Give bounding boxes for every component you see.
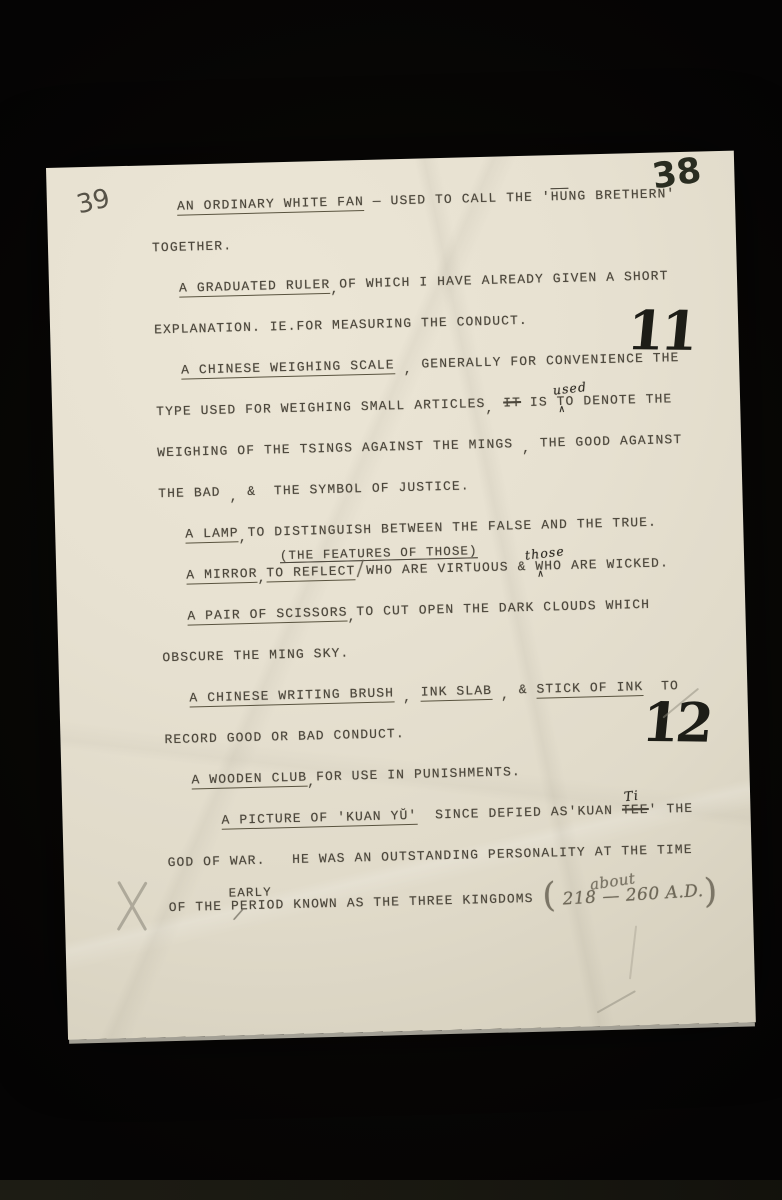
text-segment: THE GOOD AGAINST bbox=[531, 432, 683, 451]
text-segment: — USED TO CALL THE ' bbox=[364, 189, 551, 209]
typescript-block: AN ORDINARY WHITE FAN — USED TO CALL THE… bbox=[151, 185, 729, 937]
interlinear-insert: EARLY bbox=[229, 886, 272, 901]
text-segment: / bbox=[356, 556, 366, 586]
text-segment: WHO ARE VIRTUOUS & bbox=[366, 559, 535, 578]
paper-sheet: 39 38 11 12 AN ORDINARY WHITE FAN — USED… bbox=[46, 151, 756, 1040]
text-segment: , bbox=[485, 401, 494, 416]
photo-backdrop: 39 38 11 12 AN ORDINARY WHITE FAN — USED… bbox=[0, 0, 782, 1200]
caret-mark: ∧ bbox=[537, 568, 544, 580]
text-segment: THE BAD bbox=[158, 484, 230, 501]
text-segment: A GRADUATED RULER bbox=[179, 277, 331, 298]
text-segment: DENOTE THE bbox=[574, 391, 672, 408]
handwritten-page-number-top-left: 39 bbox=[74, 183, 113, 220]
text-segment: IS bbox=[521, 394, 557, 410]
text-segment: & bbox=[510, 682, 537, 698]
caret-mark: ∧ bbox=[559, 403, 566, 415]
typed-line: OF THE PERIOD KNOWN AS THE THREE KINGDOM… bbox=[168, 882, 729, 937]
interlinear-insert: those bbox=[524, 544, 565, 563]
text-segment: A LAMP bbox=[185, 525, 239, 543]
text-segment: TOGETHER. bbox=[152, 238, 232, 255]
text-segment bbox=[394, 685, 403, 700]
text-segment: TEETi bbox=[622, 802, 649, 818]
text-segment: PERIOD KNOWN AS THE THREE KINGDOMS EARLY… bbox=[231, 891, 543, 914]
text-segment: TOused∧ bbox=[556, 394, 574, 409]
text-segment: , bbox=[307, 774, 316, 789]
text-segment: TO bbox=[643, 678, 679, 694]
text-segment: STICK OF INK bbox=[536, 679, 643, 699]
text-segment: , bbox=[501, 687, 510, 702]
text-segment: INK SLAB bbox=[421, 683, 493, 702]
text-segment: , bbox=[229, 489, 238, 504]
text-segment: , bbox=[348, 609, 357, 624]
pencil-x-mark bbox=[106, 877, 159, 934]
text-segment: HU bbox=[551, 189, 569, 204]
text-segment bbox=[395, 357, 404, 372]
text-segment: , bbox=[522, 441, 531, 456]
text-segment: IT bbox=[503, 395, 521, 410]
table-edge bbox=[0, 1180, 782, 1200]
text-segment: , bbox=[404, 362, 413, 377]
pencil-stroke bbox=[597, 990, 636, 1013]
text-segment: A WOODEN CLUB bbox=[191, 770, 307, 790]
text-segment: WHO ARE WICKED.those∧ bbox=[535, 555, 669, 573]
text-segment: A PICTURE OF 'KUAN YŬ' bbox=[221, 808, 417, 830]
text-segment bbox=[492, 683, 501, 698]
text-segment: , bbox=[403, 690, 412, 705]
text-segment: , bbox=[257, 571, 266, 586]
interlinear-insert: Ti bbox=[623, 788, 640, 805]
text-segment: A MIRROR bbox=[186, 566, 258, 585]
text-segment: NG BRETHERN' bbox=[568, 186, 675, 204]
text-segment: , bbox=[330, 282, 339, 297]
text-segment: OF THE bbox=[169, 899, 232, 916]
text-segment: A PAIR OF SCISSORS bbox=[187, 605, 348, 626]
pencil-stroke bbox=[629, 925, 637, 979]
text-segment: ' THE bbox=[649, 801, 694, 817]
text-segment: 218 — 260 A.D.about bbox=[556, 881, 704, 910]
caret-mark: / bbox=[231, 906, 245, 926]
text-segment: TO REFLECT bbox=[266, 563, 355, 582]
text-segment: AN ORDINARY WHITE FAN bbox=[177, 194, 364, 216]
text-segment: , bbox=[239, 530, 248, 545]
